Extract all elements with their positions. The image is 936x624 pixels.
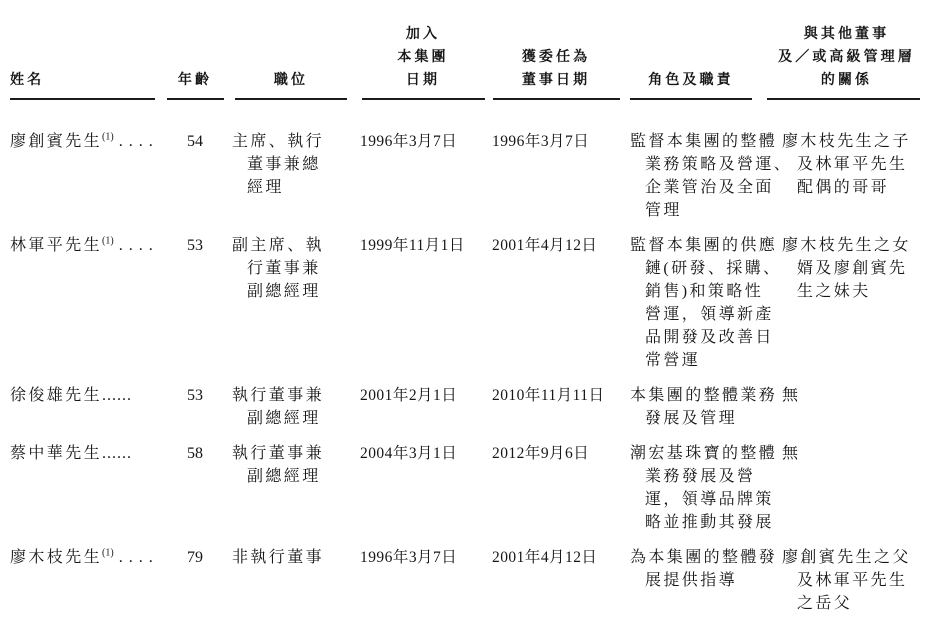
table-header-row: 姓名 年齡 職位 加入 本集團 日期 獲委任為 董事日期 角色及職責 與其他董事… [0, 0, 936, 100]
column-header-name: 姓名 [10, 68, 160, 91]
director-age: 53 [165, 384, 225, 407]
relationship: 廖木枝先生之子 及林軍平先生 配偶的哥哥 [782, 130, 936, 199]
table-row: 廖木枝先生(1) . . . . 79 非執行董事 1996年3月7日 2001… [0, 546, 936, 615]
appointed-date: 1996年3月7日 [492, 130, 620, 153]
table-row: 徐俊雄先生...... 53 執行董事兼 副總經理 2001年2月1日 2010… [0, 384, 936, 430]
join-date: 2001年2月1日 [360, 384, 486, 407]
header-rule [630, 98, 752, 100]
join-date: 2004年3月1日 [360, 442, 486, 465]
relationship: 廖創賓先生之父 及林軍平先生 之岳父 [782, 546, 936, 615]
director-name: 林軍平先生(1) . . . . [10, 234, 160, 257]
director-position: 執行董事兼 副總經理 [232, 442, 350, 488]
appointed-date: 2001年4月12日 [492, 546, 620, 569]
footnote-superscript: (1) [102, 132, 114, 143]
directors-table-page: 姓名 年齡 職位 加入 本集團 日期 獲委任為 董事日期 角色及職責 與其他董事… [0, 0, 936, 624]
director-age: 79 [165, 546, 225, 569]
director-name: 蔡中華先生...... [10, 442, 160, 465]
header-cell-position: 職位 [232, 68, 350, 100]
relationship: 廖木枝先生之女 婿及廖創賓先 生之妹夫 [782, 234, 936, 303]
footnote-superscript: (1) [102, 548, 114, 559]
director-name: 廖創賓先生(1) . . . . [10, 130, 160, 153]
director-age: 53 [165, 234, 225, 257]
dot-leader: ...... [102, 445, 132, 462]
director-position: 執行董事兼 副總經理 [232, 384, 350, 430]
header-cell-relationship: 與其他董事 及／或高級管理層 的關係 [767, 22, 926, 100]
join-date: 1999年11月1日 [360, 234, 486, 257]
header-rule [167, 98, 224, 100]
header-cell-join-date: 加入 本集團 日期 [360, 22, 486, 100]
director-age: 54 [165, 130, 225, 153]
column-header-position: 職位 [232, 68, 350, 91]
header-rule [767, 98, 920, 100]
table-row: 蔡中華先生...... 58 執行董事兼 副總經理 2004年3月1日 2012… [0, 442, 936, 534]
director-name-text: 廖木枝先生 [10, 549, 102, 566]
appointed-date: 2012年9月6日 [492, 442, 620, 465]
dot-leader: . . . . [114, 549, 154, 566]
director-name: 廖木枝先生(1) . . . . [10, 546, 160, 569]
header-rule [10, 98, 155, 100]
column-header-roles: 角色及職責 [630, 68, 752, 91]
header-rule [235, 98, 347, 100]
director-name: 徐俊雄先生...... [10, 384, 160, 407]
header-rule [493, 98, 620, 100]
footnote-superscript: (1) [102, 236, 114, 247]
director-position: 非執行董事 [232, 546, 350, 569]
director-name-text: 廖創賓先生 [10, 133, 102, 150]
join-date: 1996年3月7日 [360, 130, 486, 153]
relationship: 無 [782, 384, 936, 407]
director-position: 主席、執行 董事兼總 經理 [232, 130, 350, 199]
column-header-age: 年齡 [165, 68, 225, 91]
director-name-text: 蔡中華先生 [10, 445, 102, 462]
header-rule [362, 98, 485, 100]
header-cell-name: 姓名 [10, 68, 160, 100]
table-row: 廖創賓先生(1) . . . . 54 主席、執行 董事兼總 經理 1996年3… [0, 130, 936, 222]
header-cell-roles: 角色及職責 [630, 68, 752, 100]
column-header-join-date: 加入 本集團 日期 [360, 22, 486, 91]
header-cell-appointed-date: 獲委任為 董事日期 [492, 45, 620, 100]
director-name-text: 林軍平先生 [10, 237, 102, 254]
director-position: 副主席、執 行董事兼 副總經理 [232, 234, 350, 303]
director-age: 58 [165, 442, 225, 465]
column-header-relationship: 與其他董事 及／或高級管理層 的關係 [767, 22, 926, 91]
dot-leader: . . . . [114, 237, 154, 254]
relationship: 無 [782, 442, 936, 465]
join-date: 1996年3月7日 [360, 546, 486, 569]
director-name-text: 徐俊雄先生 [10, 387, 102, 404]
appointed-date: 2010年11月11日 [492, 384, 620, 407]
table-row: 林軍平先生(1) . . . . 53 副主席、執 行董事兼 副總經理 1999… [0, 234, 936, 372]
dot-leader: ...... [102, 387, 132, 404]
header-cell-age: 年齡 [165, 68, 225, 100]
dot-leader: . . . . [114, 133, 154, 150]
column-header-appointed-date: 獲委任為 董事日期 [492, 45, 620, 91]
appointed-date: 2001年4月12日 [492, 234, 620, 257]
